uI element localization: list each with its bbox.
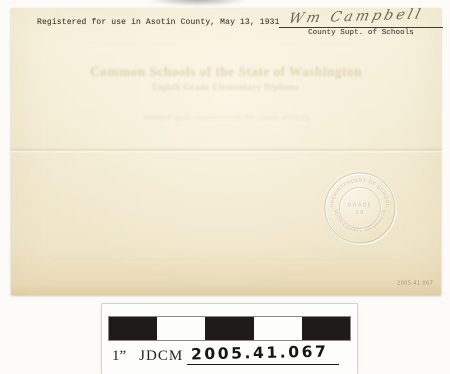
scale-square [302, 317, 350, 340]
signature-line: Wm Campbell [279, 9, 443, 28]
scale-inch-label: 1” [112, 348, 126, 365]
scale-square [109, 317, 157, 340]
embossed-seal: SUPERINTENDENT OF SCHOOLS ASOTIN COUNTY,… [322, 170, 398, 246]
photographer-initials: JDCM [139, 348, 183, 365]
ghost-text-line-3: awarded upon completion of the course of… [11, 113, 441, 122]
signature-title: County Supt. of Schools [279, 29, 443, 37]
embossed-seal-graphic: SUPERINTENDENT OF SCHOOLS ASOTIN COUNTY,… [322, 170, 398, 246]
scale-card: 1” JDCM 2005.41.067 [102, 304, 357, 374]
scale-bar [108, 316, 351, 341]
seal-center-line-1: GRADE [348, 203, 373, 209]
ghost-text-line-1: Common Schools of the State of Washingto… [11, 64, 441, 80]
signature-name: Wm Campbell [287, 6, 425, 27]
document-paper: Registered for use in Asotin County, May… [11, 8, 441, 295]
scale-square [157, 317, 205, 340]
scale-caption: 1” JDCM 2005.41.067 [112, 344, 339, 365]
ghost-text-line-2: Eighth Grade Elementary Diploma [11, 82, 441, 92]
accession-number: 2005.41.067 [191, 343, 329, 364]
accession-inscription: 2005.41.067 [397, 280, 433, 286]
scale-square [254, 317, 302, 340]
fold-crease [11, 148, 441, 153]
scale-square [205, 317, 253, 340]
top-edge-smudge [148, 0, 248, 6]
signature-block: Wm Campbell County Supt. of Schools [279, 9, 443, 37]
photo-background: Registered for use in Asotin County, May… [0, 0, 450, 374]
registration-line: Registered for use in Asotin County, May… [37, 18, 280, 27]
accession-underline: 2005.41.067 [187, 344, 339, 365]
seal-center-line-2: 19 [356, 210, 365, 216]
